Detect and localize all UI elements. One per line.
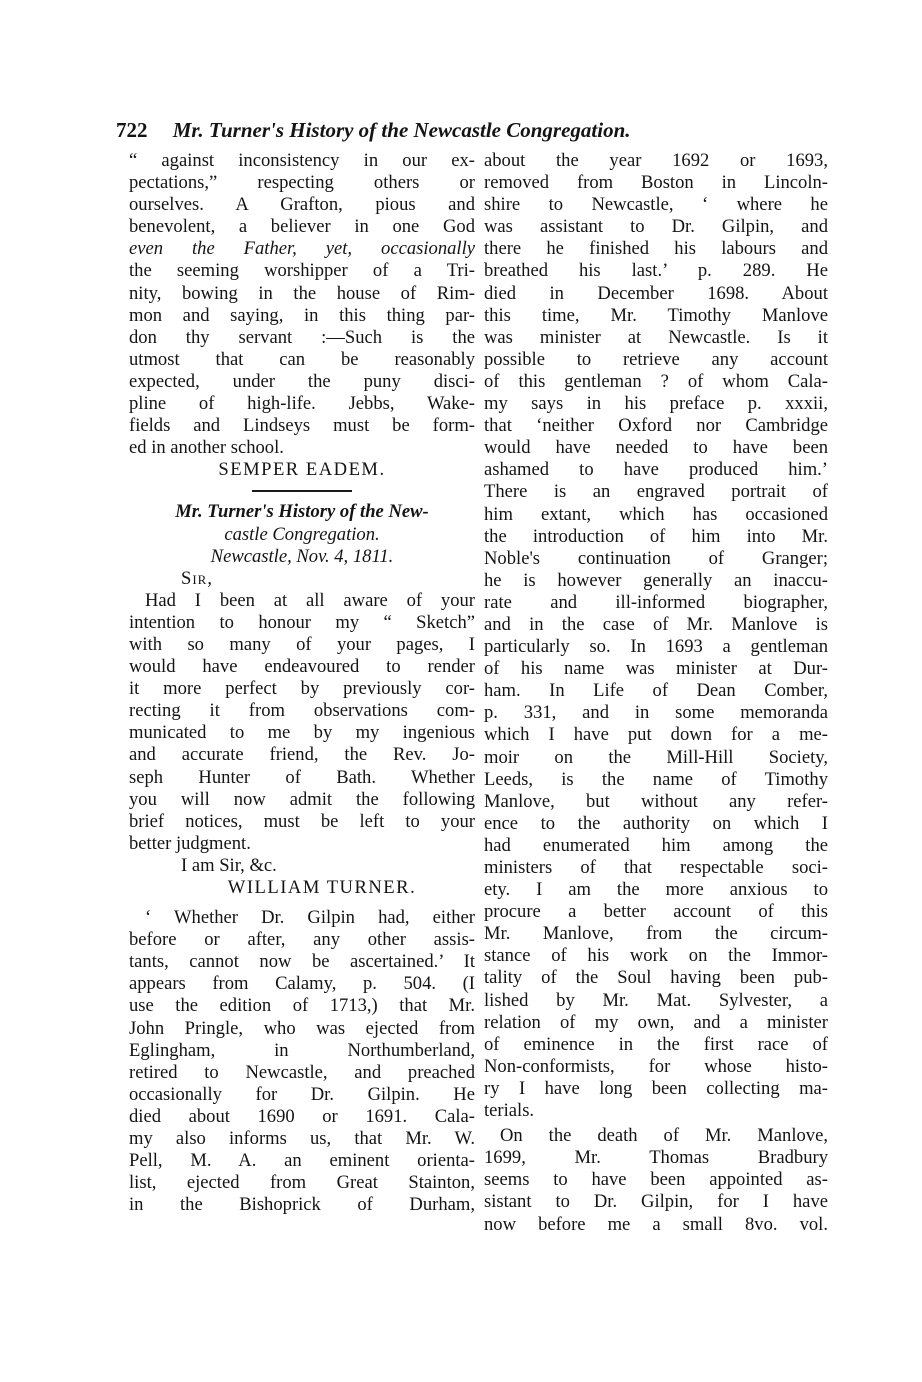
page-number: 722: [116, 118, 148, 142]
text-line: of this gentleman ? of whom Cala-: [484, 371, 828, 393]
paragraph-1: about the year 1692 or 1693, removed fro…: [484, 150, 828, 1122]
text-line: died about 1690 or 1691. Cala-: [129, 1106, 475, 1128]
article-block: Mr. Turner's History of the New- castle …: [129, 501, 475, 1216]
scan-noise: [118, 1262, 818, 1272]
text-line: John Pringle, who was ejected from: [129, 1018, 475, 1040]
text-line: procure a better account of this: [484, 901, 828, 923]
text-line: was minister at Newcastle. Is it: [484, 327, 828, 349]
text-line: rate and ill-informed biographer,: [484, 592, 828, 614]
text-line: about the year 1692 or 1693,: [484, 150, 828, 172]
text-line: occasionally for Dr. Gilpin. He: [129, 1084, 475, 1106]
text-line: Eglingham, in Northumberland,: [129, 1040, 475, 1062]
text-line: sistant to Dr. Gilpin, for I have: [484, 1191, 828, 1213]
text-line: ashamed to have produced him.’: [484, 459, 828, 481]
text-line: my says in his preface p. xxxii,: [484, 393, 828, 415]
text-line: would have endeavoured to render: [129, 656, 475, 678]
text-line: ham. In Life of Dean Comber,: [484, 680, 828, 702]
dateline: Newcastle, Nov. 4, 1811.: [129, 546, 475, 568]
text-line: and accurate friend, the Rev. Jo-: [129, 744, 475, 766]
text-line: this time, Mr. Timothy Manlove: [484, 305, 828, 327]
text-line: he is however generally an inaccu-: [484, 570, 828, 592]
running-head-title: Mr. Turner's History of the Newcastle Co…: [173, 118, 631, 142]
text-line: that ‘neither Oxford nor Cambridge: [484, 415, 828, 437]
text-line: removed from Boston in Lincoln-: [484, 172, 828, 194]
text-line: pline of high-life. Jebbs, Wake-: [129, 393, 475, 415]
text-line: Manlove, but without any refer-: [484, 791, 828, 813]
text-line: ministers of that respectable soci-: [484, 857, 828, 879]
signature-william-turner: WILLIAM TURNER.: [129, 877, 475, 899]
text-line: Noble's continuation of Granger;: [484, 548, 828, 570]
closing: I am Sir, &c.: [129, 855, 475, 877]
text-line: use the edition of 1713,) that Mr.: [129, 995, 475, 1017]
section-divider: [252, 490, 352, 492]
text-line: brief notices, must be left to your: [129, 811, 475, 833]
text-line: him extant, which has occasioned: [484, 504, 828, 526]
salutation: Sir,: [129, 568, 475, 590]
text-line: in the Bishoprick of Durham,: [129, 1194, 475, 1216]
article-title: Mr. Turner's History of the New-: [129, 501, 475, 523]
text-line: recting it from observations com-: [129, 700, 475, 722]
text-line: Non-conformists, for whose histo-: [484, 1056, 828, 1078]
left-column: “ against inconsistency in our ex- pecta…: [129, 150, 475, 1216]
text-line: municated to me by my ingenious: [129, 722, 475, 744]
text-line: benevolent, a believer in one God: [129, 216, 475, 238]
text-line: lished by Mr. Mat. Sylvester, a: [484, 990, 828, 1012]
text-line: Mr. Manlove, from the circum-: [484, 923, 828, 945]
text-line: 1699, Mr. Thomas Bradbury: [484, 1147, 828, 1169]
text-line: of his name was minister at Dur-: [484, 658, 828, 680]
text-line: seems to have been appointed as-: [484, 1169, 828, 1191]
text-line: possible to retrieve any account: [484, 349, 828, 371]
text-line: Pell, M. A. an eminent orienta-: [129, 1150, 475, 1172]
text-line: ‘ Whether Dr. Gilpin had, either: [129, 907, 475, 929]
text-line: now before me a small 8vo. vol.: [484, 1214, 828, 1236]
text-line: my also informs us, that Mr. W.: [129, 1128, 475, 1150]
text-line: ourselves. A Grafton, pious and: [129, 194, 475, 216]
text-line: which I have put down for a me-: [484, 724, 828, 746]
text-line: died in December 1698. About: [484, 283, 828, 305]
text-line: moir on the Mill-Hill Society,: [484, 747, 828, 769]
text-line: tants, cannot now be ascertained.’ It: [129, 951, 475, 973]
text-line: ed in another school.: [129, 437, 475, 459]
text-line: and in the case of Mr. Manlove is: [484, 614, 828, 636]
text-line: nity, bowing in the house of Rim-: [129, 283, 475, 305]
text-line: had enumerated him among the: [484, 835, 828, 857]
signature-semper-eadem: SEMPER EADEM.: [129, 459, 475, 481]
text-line: There is an engraved portrait of: [484, 481, 828, 503]
text-line: the introduction of him into Mr.: [484, 526, 828, 548]
text-line: ence to the authority on which I: [484, 813, 828, 835]
scanned-page: 722 Mr. Turner's History of the Newcastl…: [0, 0, 922, 1382]
text-line: appears from Calamy, p. 504. (I: [129, 973, 475, 995]
paragraph-2: On the death of Mr. Manlove, 1699, Mr. T…: [484, 1125, 828, 1235]
text-line: you will now admit the following: [129, 789, 475, 811]
text-line: would have needed to have been: [484, 437, 828, 459]
text-line: p. 331, and in some memoranda: [484, 702, 828, 724]
running-head: 722 Mr. Turner's History of the Newcastl…: [116, 116, 836, 144]
text-line: of eminence in the first race of: [484, 1034, 828, 1056]
article-title-continued: castle Congregation.: [129, 524, 475, 546]
text-line: On the death of Mr. Manlove,: [484, 1125, 828, 1147]
text-line: ety. I am the more anxious to: [484, 879, 828, 901]
text-line: relation of my own, and a minister: [484, 1012, 828, 1034]
text-line: seph Hunter of Bath. Whether: [129, 767, 475, 789]
text-line: list, ejected from Great Stainton,: [129, 1172, 475, 1194]
text-line: don thy servant :—Such is the: [129, 327, 475, 349]
text-line: mon and saying, in this thing par-: [129, 305, 475, 327]
text-line: “ against inconsistency in our ex-: [129, 150, 475, 172]
text-line: better judgment.: [129, 833, 475, 855]
text-line: stance of his work on the Immor-: [484, 945, 828, 967]
text-line: before or after, any other assis-: [129, 929, 475, 951]
text-line: Had I been at all aware of your: [129, 590, 475, 612]
text-line: shire to Newcastle, ‘ where he: [484, 194, 828, 216]
text-line: particularly so. In 1693 a gentleman: [484, 636, 828, 658]
text-line: breathed his last.’ p. 289. He: [484, 260, 828, 282]
text-line: pectations,” respecting others or: [129, 172, 475, 194]
text-line: ry I have long been collecting ma-: [484, 1078, 828, 1100]
text-line: terials.: [484, 1100, 828, 1122]
right-column: about the year 1692 or 1693, removed fro…: [484, 150, 828, 1236]
text-line: there he finished his labours and: [484, 238, 828, 260]
text-line: the seeming worshipper of a Tri-: [129, 260, 475, 282]
text-line: retired to Newcastle, and preached: [129, 1062, 475, 1084]
text-line: intention to honour my “ Sketch”: [129, 612, 475, 634]
text-line: was assistant to Dr. Gilpin, and: [484, 216, 828, 238]
text-line: tality of the Soul having been pub-: [484, 967, 828, 989]
text-line: even the Father, yet, occasionally: [129, 238, 475, 260]
text-line: with so many of your pages, I: [129, 634, 475, 656]
text-line: utmost that can be reasonably: [129, 349, 475, 371]
text-line: fields and Lindseys must be form-: [129, 415, 475, 437]
text-line: expected, under the puny disci-: [129, 371, 475, 393]
spacer: [129, 899, 475, 907]
text-line: it more perfect by previously cor-: [129, 678, 475, 700]
text-line: Leeds, is the name of Timothy: [484, 769, 828, 791]
letter-end-block: “ against inconsistency in our ex- pecta…: [129, 150, 475, 481]
